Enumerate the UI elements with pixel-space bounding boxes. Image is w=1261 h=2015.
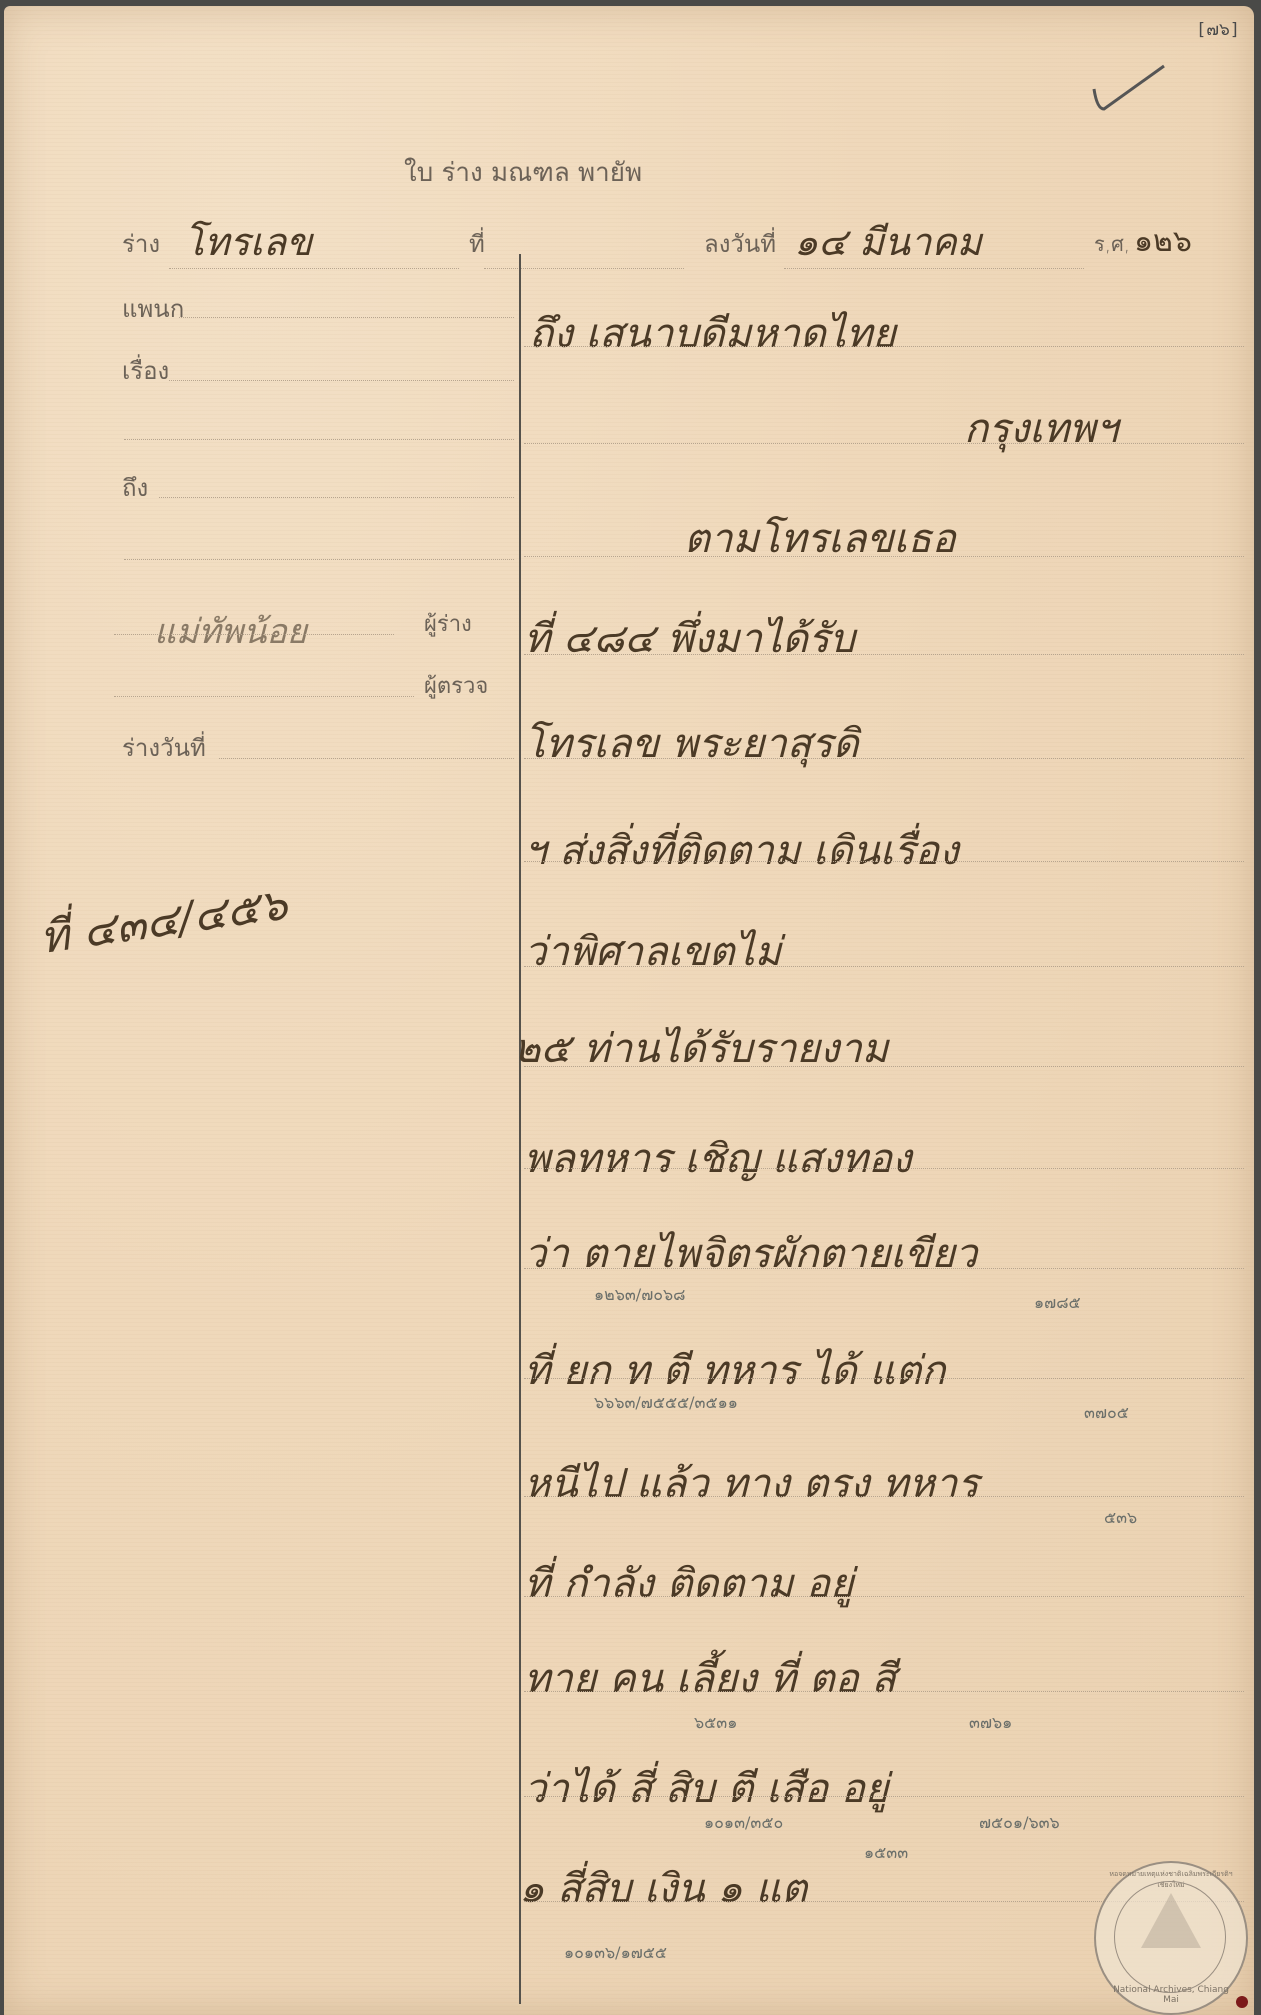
annotation: ๗๕๐๑/๖๓๖: [979, 1811, 1060, 1836]
annotation: ๕๓๖: [1104, 1506, 1137, 1531]
body-line: ว่าพิศาลเขตไม่: [524, 919, 781, 983]
checker-label: ผู้ตรวจ: [424, 668, 488, 703]
annotation: ๑๐๑๓๖/๑๗๕๕: [564, 1941, 667, 1966]
annotation: ๑๐๑๓/๓๕๐: [704, 1811, 783, 1836]
thueng-label: ถึง: [122, 468, 148, 507]
body-line: ตามโทรเลขเธอ: [684, 506, 956, 570]
body-line: โทรเลข พระยาสุรดิ: [524, 711, 859, 775]
annotation: ๓๗๖๑: [969, 1711, 1012, 1736]
date-label: ลงวันที่: [704, 224, 776, 263]
drafter-value: แม่ทัพน้อย: [154, 604, 307, 658]
page-number: [๗๖]: [1196, 16, 1240, 43]
archive-stamp: หอจดหมายเหตุแห่งชาติเฉลิมพระเกียรติฯ เชี…: [1094, 1861, 1248, 2015]
annotation: ๑๒๖๓/๗๐๖๘: [594, 1283, 685, 1308]
column-divider: [519, 254, 521, 2004]
phanaek-label: แพนก: [122, 289, 184, 328]
rang-label: ร่าง: [122, 224, 160, 263]
body-line: ว่า ตายไพจิตรผักตายเขียว: [524, 1221, 977, 1285]
thi-label: ที่: [469, 224, 485, 263]
body-line: หนีไป แล้ว ทาง ตรง ทหาร: [524, 1451, 979, 1515]
stamp-english-text: National Archives, Chiang Mai: [1106, 1985, 1236, 2005]
ganesha-emblem-icon: [1141, 1893, 1201, 1948]
body-line: ๑ สี่สิบ เงิน ๑ แต: [519, 1856, 807, 1920]
rang-value: โทรเลข: [184, 211, 312, 272]
body-line: ฯ ส่งสิ่งที่ติดตาม เดินเรื่อง: [524, 818, 959, 882]
era-label: ร,ศ,: [1094, 228, 1130, 260]
reference-number: ที่ ๔๓๔/๔๕๖: [35, 869, 291, 973]
era-value: ๑๒๖: [1134, 218, 1192, 265]
body-line: ที่ ๔๘๔ พึ่งมาได้รับ: [524, 606, 855, 670]
rueang-label: เรื่อง: [122, 351, 169, 390]
drafter-label: ผู้ร่าง: [424, 606, 472, 641]
body-line: ถึง เสนาบดีมหาดไทย: [529, 301, 896, 365]
checkmark-icon: [1089, 64, 1169, 114]
annotation: ๑๕๓๓: [864, 1841, 908, 1866]
form-title: ใบ ร่าง มณฑล พายัพ: [404, 152, 642, 193]
annotation: ๖๖๖๓/๗๕๕๕/๓๕๑๑: [594, 1391, 738, 1416]
body-line: ทาย คน เลี้ยง ที่ ตอ สี: [524, 1646, 896, 1710]
annotation: ๑๗๘๕: [1034, 1291, 1081, 1316]
body-line: ที่ กำลัง ติดตาม อยู่: [524, 1551, 853, 1615]
body-line: กรุงเทพฯ: [964, 396, 1118, 460]
body-line: ๒๕ ท่านได้รับรายงาม: [514, 1016, 888, 1080]
red-ink-spot: [1236, 1996, 1248, 2008]
body-line: พลทหาร เชิญ แสงทอง: [524, 1126, 912, 1190]
annotation: ๖๕๓๑: [694, 1711, 737, 1736]
annotation: ๓๗๐๕: [1084, 1401, 1129, 1426]
document-page: [๗๖] ใบ ร่าง มณฑล พายัพ ร่าง โทรเลข ที่ …: [4, 6, 1254, 2015]
date-value: ๑๔ มีนาคม: [794, 211, 982, 272]
draft-date-label: ร่างวันที่: [122, 728, 206, 767]
